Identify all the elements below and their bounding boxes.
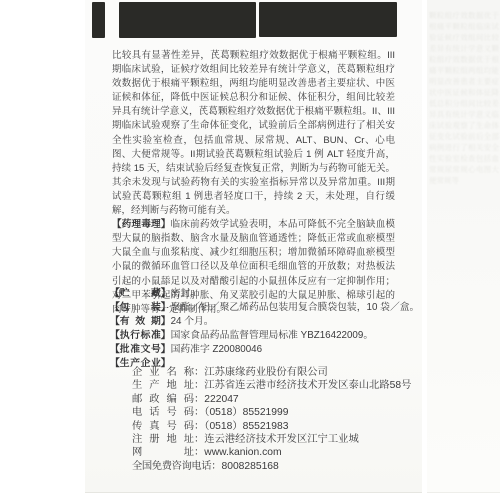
field-value: 国家食品药品监督管理局标准 YBZ16422009。	[171, 330, 374, 341]
mfr-value: 连云港经济技术开发区江宁工业城	[204, 434, 358, 445]
field-label: 执行标准	[120, 329, 161, 343]
mfr-value: 8008285168	[221, 461, 278, 472]
field-value: 密封。	[171, 288, 200, 299]
mfr-website: 网址：www.kanion.com	[132, 446, 398, 459]
field-approval-number: 【批准文号】国药准字 Z20080046	[110, 343, 396, 357]
field-validity: 【有效期】24 个月。	[110, 315, 396, 329]
photo-of-package-insert: 颗粒组疗效数据优于根痛平颗粒组临床试验证候疗效组间比较差异有统计学意义颗粒组疗效…	[0, 0, 500, 500]
mfr-value: （0518）85521983	[204, 421, 288, 432]
field-label: 贮藏	[120, 287, 161, 301]
package-dark-bar-left	[119, 2, 256, 38]
mfr-production-address: 生产地址：江苏省连云港市经济技术开发区泰山北路58号	[132, 379, 398, 392]
field-label: 有效期	[120, 315, 161, 329]
mfr-registered-address: 注册地址：连云港经济技术开发区江宁工业城	[132, 433, 398, 446]
mfr-hotline: 全国免费咨询电话：8008285168	[132, 460, 398, 473]
field-value: 24 个月。	[171, 316, 214, 327]
clinical-trial-paragraph: 比较具有显著性差异，芪葛颗粒组疗效数据优于根痛平颗粒组。III期临床试验，证候疗…	[112, 49, 395, 218]
field-packaging: 【包装】聚酯／铝／聚乙烯药品包装用复合膜袋包装，10 袋／盒。	[110, 301, 396, 315]
mfr-value: 江苏省连云港市经济技术开发区泰山北路58号	[204, 380, 411, 391]
mfr-company-name: 企业名称：江苏康缘药业股份有限公司	[132, 366, 398, 379]
manufacturer-info: 企业名称：江苏康缘药业股份有限公司 生产地址：江苏省连云港市经济技术开发区泰山北…	[132, 366, 398, 473]
field-label: 包装	[120, 301, 161, 315]
package-dark-bar-notch	[92, 2, 105, 38]
body-text: 比较具有显著性差异，芪葛颗粒组疗效数据优于根痛平颗粒组。III期临床试验，证候疗…	[112, 49, 395, 317]
print-bleedthrough: 颗粒组疗效数据优于根痛平颗粒组临床试验证候疗效组间比较差异有统计学意义颗粒组疗效…	[429, 10, 499, 186]
field-label: 批准文号	[120, 343, 161, 357]
mfr-value: （0518）85521999	[204, 407, 288, 418]
mfr-postal-code: 邮政编码：222047	[132, 393, 398, 406]
mfr-value: www.kanion.com	[204, 447, 281, 458]
right-bracket: 】	[161, 219, 171, 230]
field-list: 【贮藏】密封。 【包装】聚酯／铝／聚乙烯药品包装用复合膜袋包装，10 袋／盒。 …	[110, 287, 396, 371]
field-value: 国药准字 Z20080046	[171, 344, 262, 355]
field-value: 聚酯／铝／聚乙烯药品包装用复合膜袋包装，10 袋／盒。	[171, 302, 420, 313]
paper-back-fold: 颗粒组疗效数据优于根痛平颗粒组临床试验证候疗效组间比较差异有统计学意义颗粒组疗效…	[427, 0, 500, 493]
mfr-value: 江苏康缘药业股份有限公司	[204, 367, 328, 378]
pharmacology-heading: 药理毒理	[122, 219, 161, 230]
package-dark-bar-right	[259, 2, 397, 37]
left-bracket: 【	[112, 219, 122, 230]
mfr-fax: 传真号码：（0518）85521983	[132, 420, 398, 433]
mfr-value: 222047	[204, 394, 238, 405]
mfr-telephone: 电话号码：（0518）85521999	[132, 406, 398, 419]
field-storage: 【贮藏】密封。	[110, 287, 396, 301]
field-standard: 【执行标准】国家食品药品监督管理局标准 YBZ16422009。	[110, 329, 396, 343]
